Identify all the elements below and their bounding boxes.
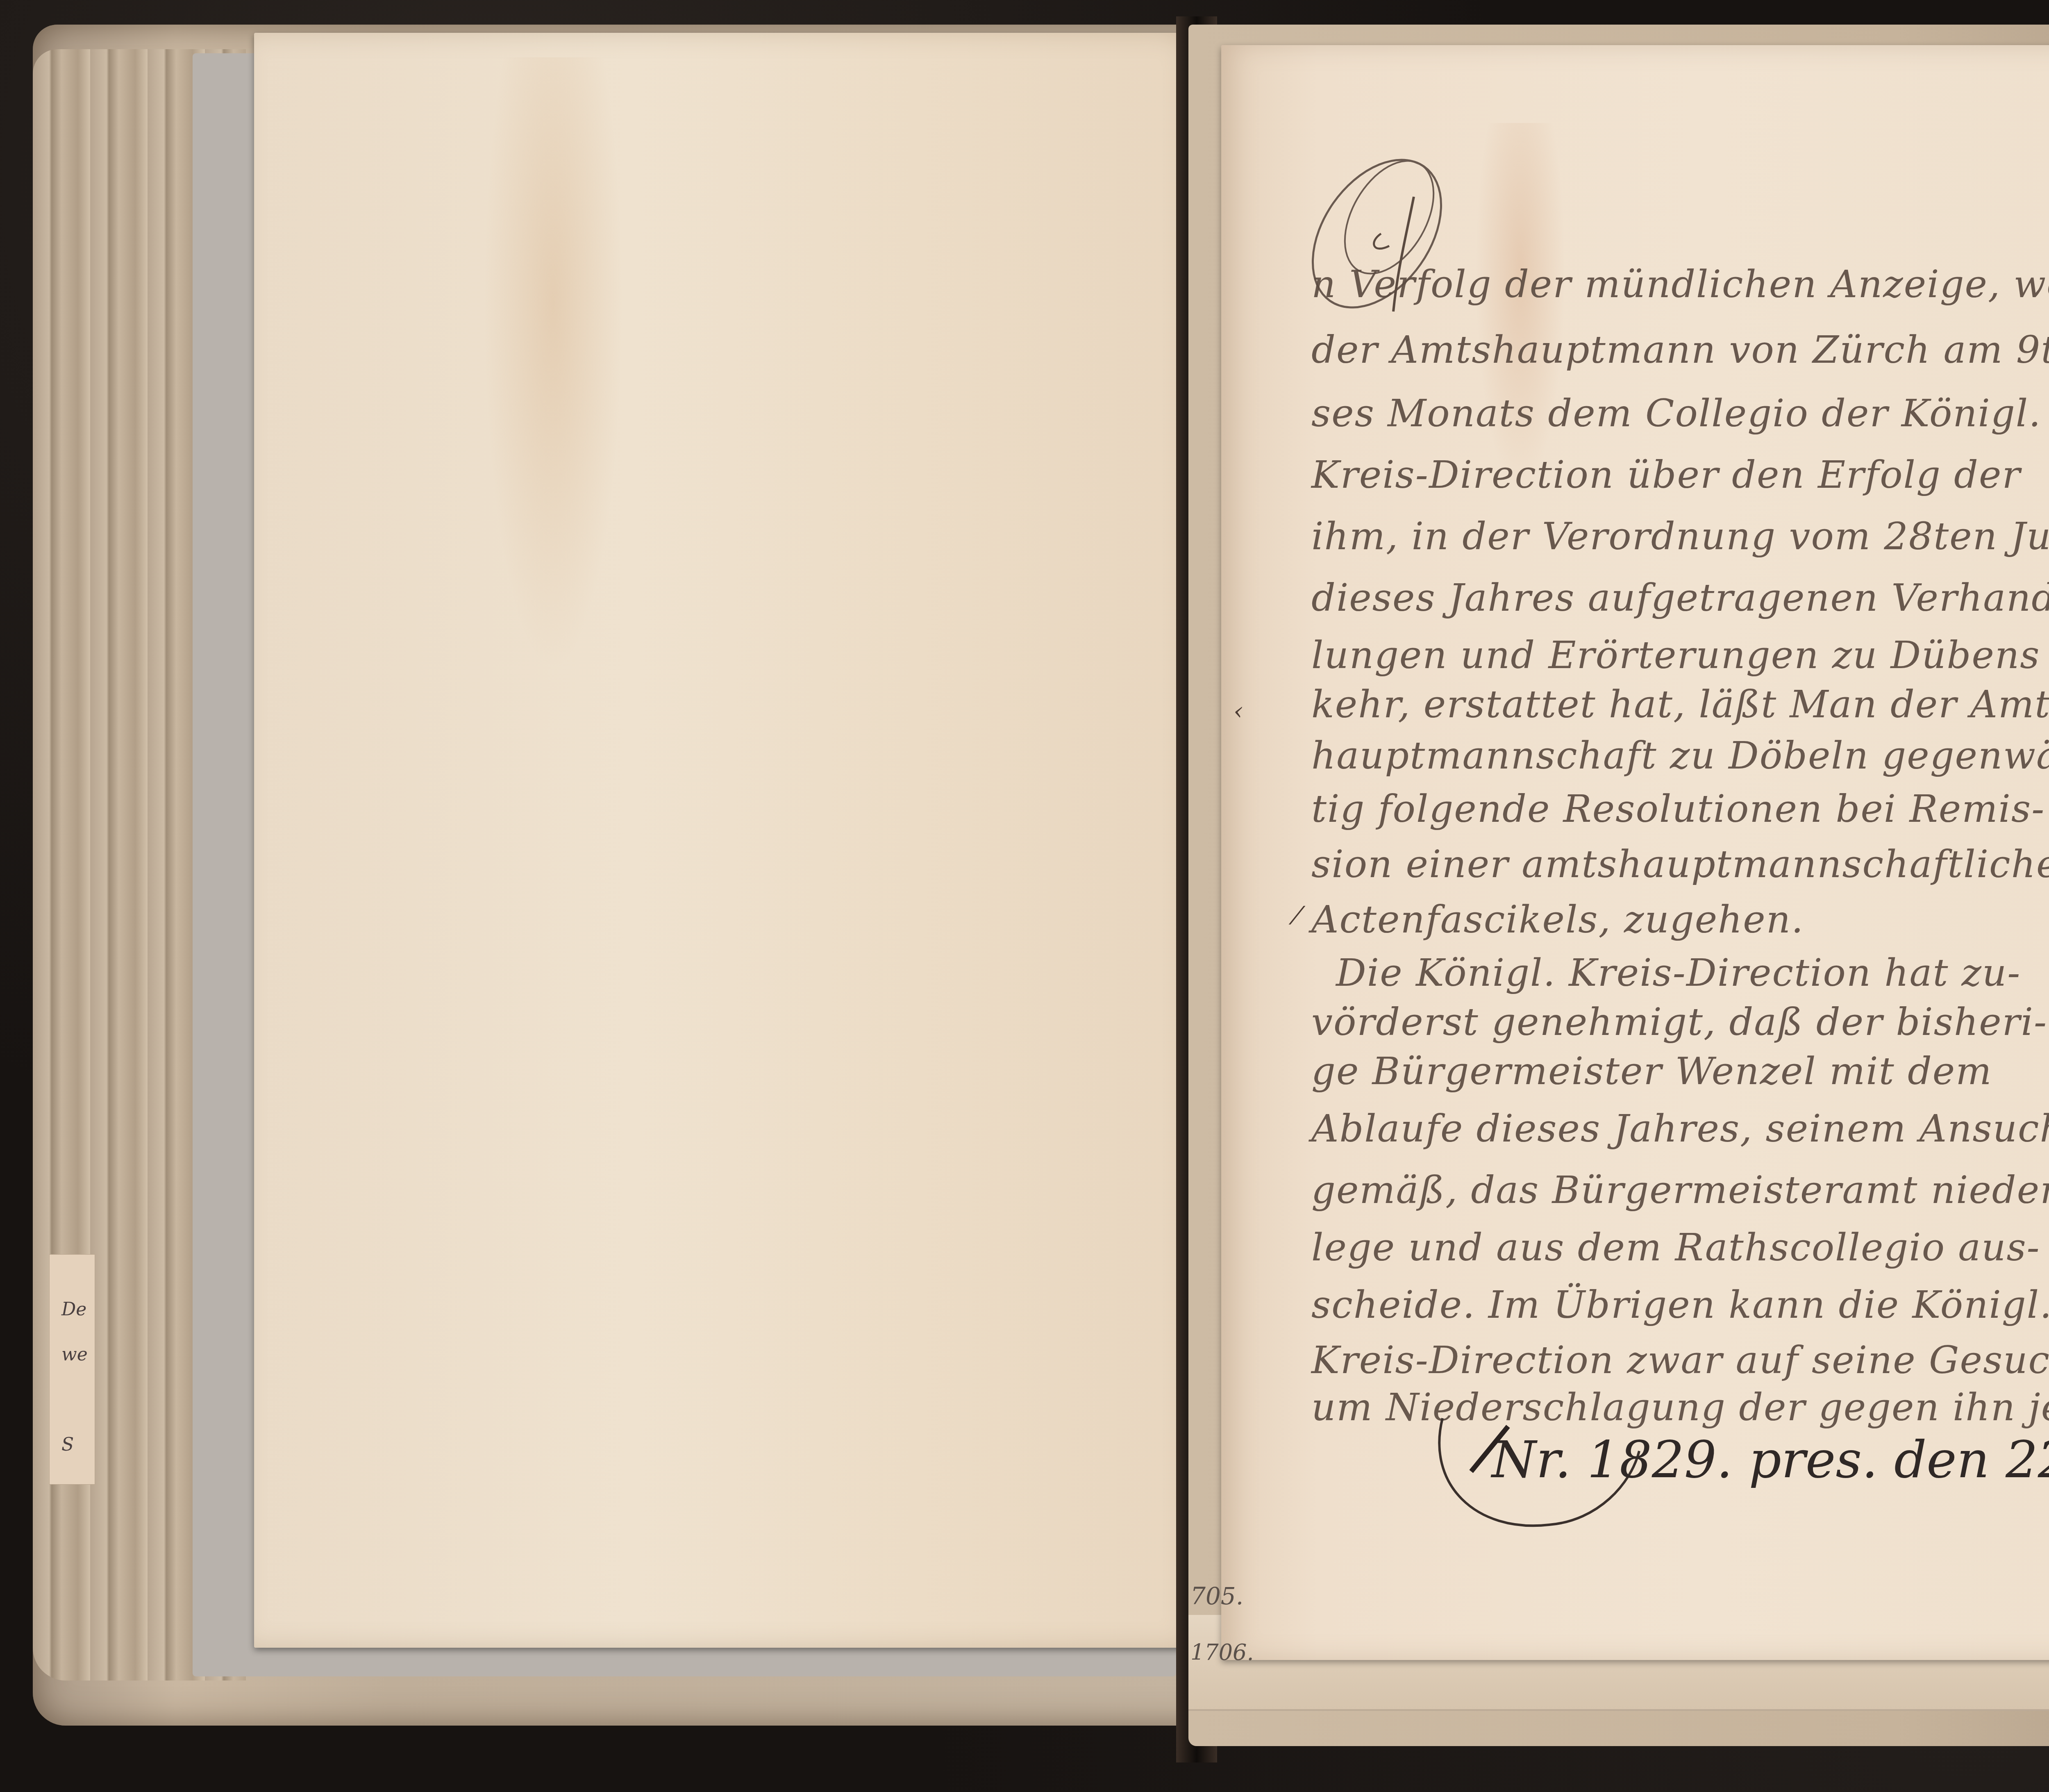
text-line: kehr, erstattet hat, läßt Man der Amts-: [1311, 682, 2049, 726]
text-line: vörderst genehmigt, daß der bisheri-: [1311, 1000, 2047, 1044]
text-line: hauptmannschaft zu Döbeln gegenwär-: [1311, 734, 2049, 778]
text-line: Kreis-Direction über den Erfolg der: [1311, 453, 2021, 497]
right-page-stain: [1475, 123, 1565, 492]
text-line: Kreis-Direction zwar auf seine Gesuch: [1311, 1338, 2049, 1382]
left-page: [254, 33, 1201, 1648]
text-line: n Verfolg der mündlichen Anzeige, welche: [1311, 262, 2049, 306]
text-line: Actenfascikels, zugehen.: [1311, 898, 1804, 941]
margin-mark: ‹: [1233, 697, 1243, 725]
left-page-stain: [484, 57, 623, 672]
left-tab-text: De we S: [61, 1287, 94, 1467]
margin-mark: ⁄: [1295, 902, 1299, 930]
text-line: lungen und Erörterungen zu Dübens: [1311, 633, 2040, 677]
text-line: Die Königl. Kreis-Direction hat zu-: [1336, 951, 2021, 995]
registry-entry: Nr. 1829. pres. den 22ten August 1841.: [1492, 1430, 2049, 1490]
text-line: gemäß, das Bürgermeisteramt nieder-: [1311, 1168, 2049, 1212]
text-line: tig folgende Resolutionen bei Remis-: [1311, 787, 2045, 831]
bottom-folio-number: 705.: [1190, 1582, 1243, 1610]
text-line: ihm, in der Verordnung vom 28ten Juli: [1311, 514, 2049, 558]
text-line: der Amtshauptmann von Zürch am 9ten dies…: [1311, 328, 2049, 372]
under-sheet-folio-number: 1706.: [1190, 1640, 1254, 1665]
text-line: scheide. Im Übrigen kann die Königl.: [1311, 1283, 2049, 1327]
text-line: ge Bürgermeister Wenzel mit dem: [1311, 1049, 1992, 1093]
text-line: dieses Jahres aufgetragenen Verhand-: [1311, 576, 2049, 620]
text-line: Ablaufe dieses Jahres, seinem Ansuchen: [1311, 1107, 2049, 1151]
text-line: sion einer amtshauptmannschaftlichen: [1311, 842, 2049, 886]
text-line: lege und aus dem Rathscollegio aus-: [1311, 1226, 2040, 1269]
text-line: ses Monats dem Collegio der Königl.: [1311, 391, 2042, 435]
